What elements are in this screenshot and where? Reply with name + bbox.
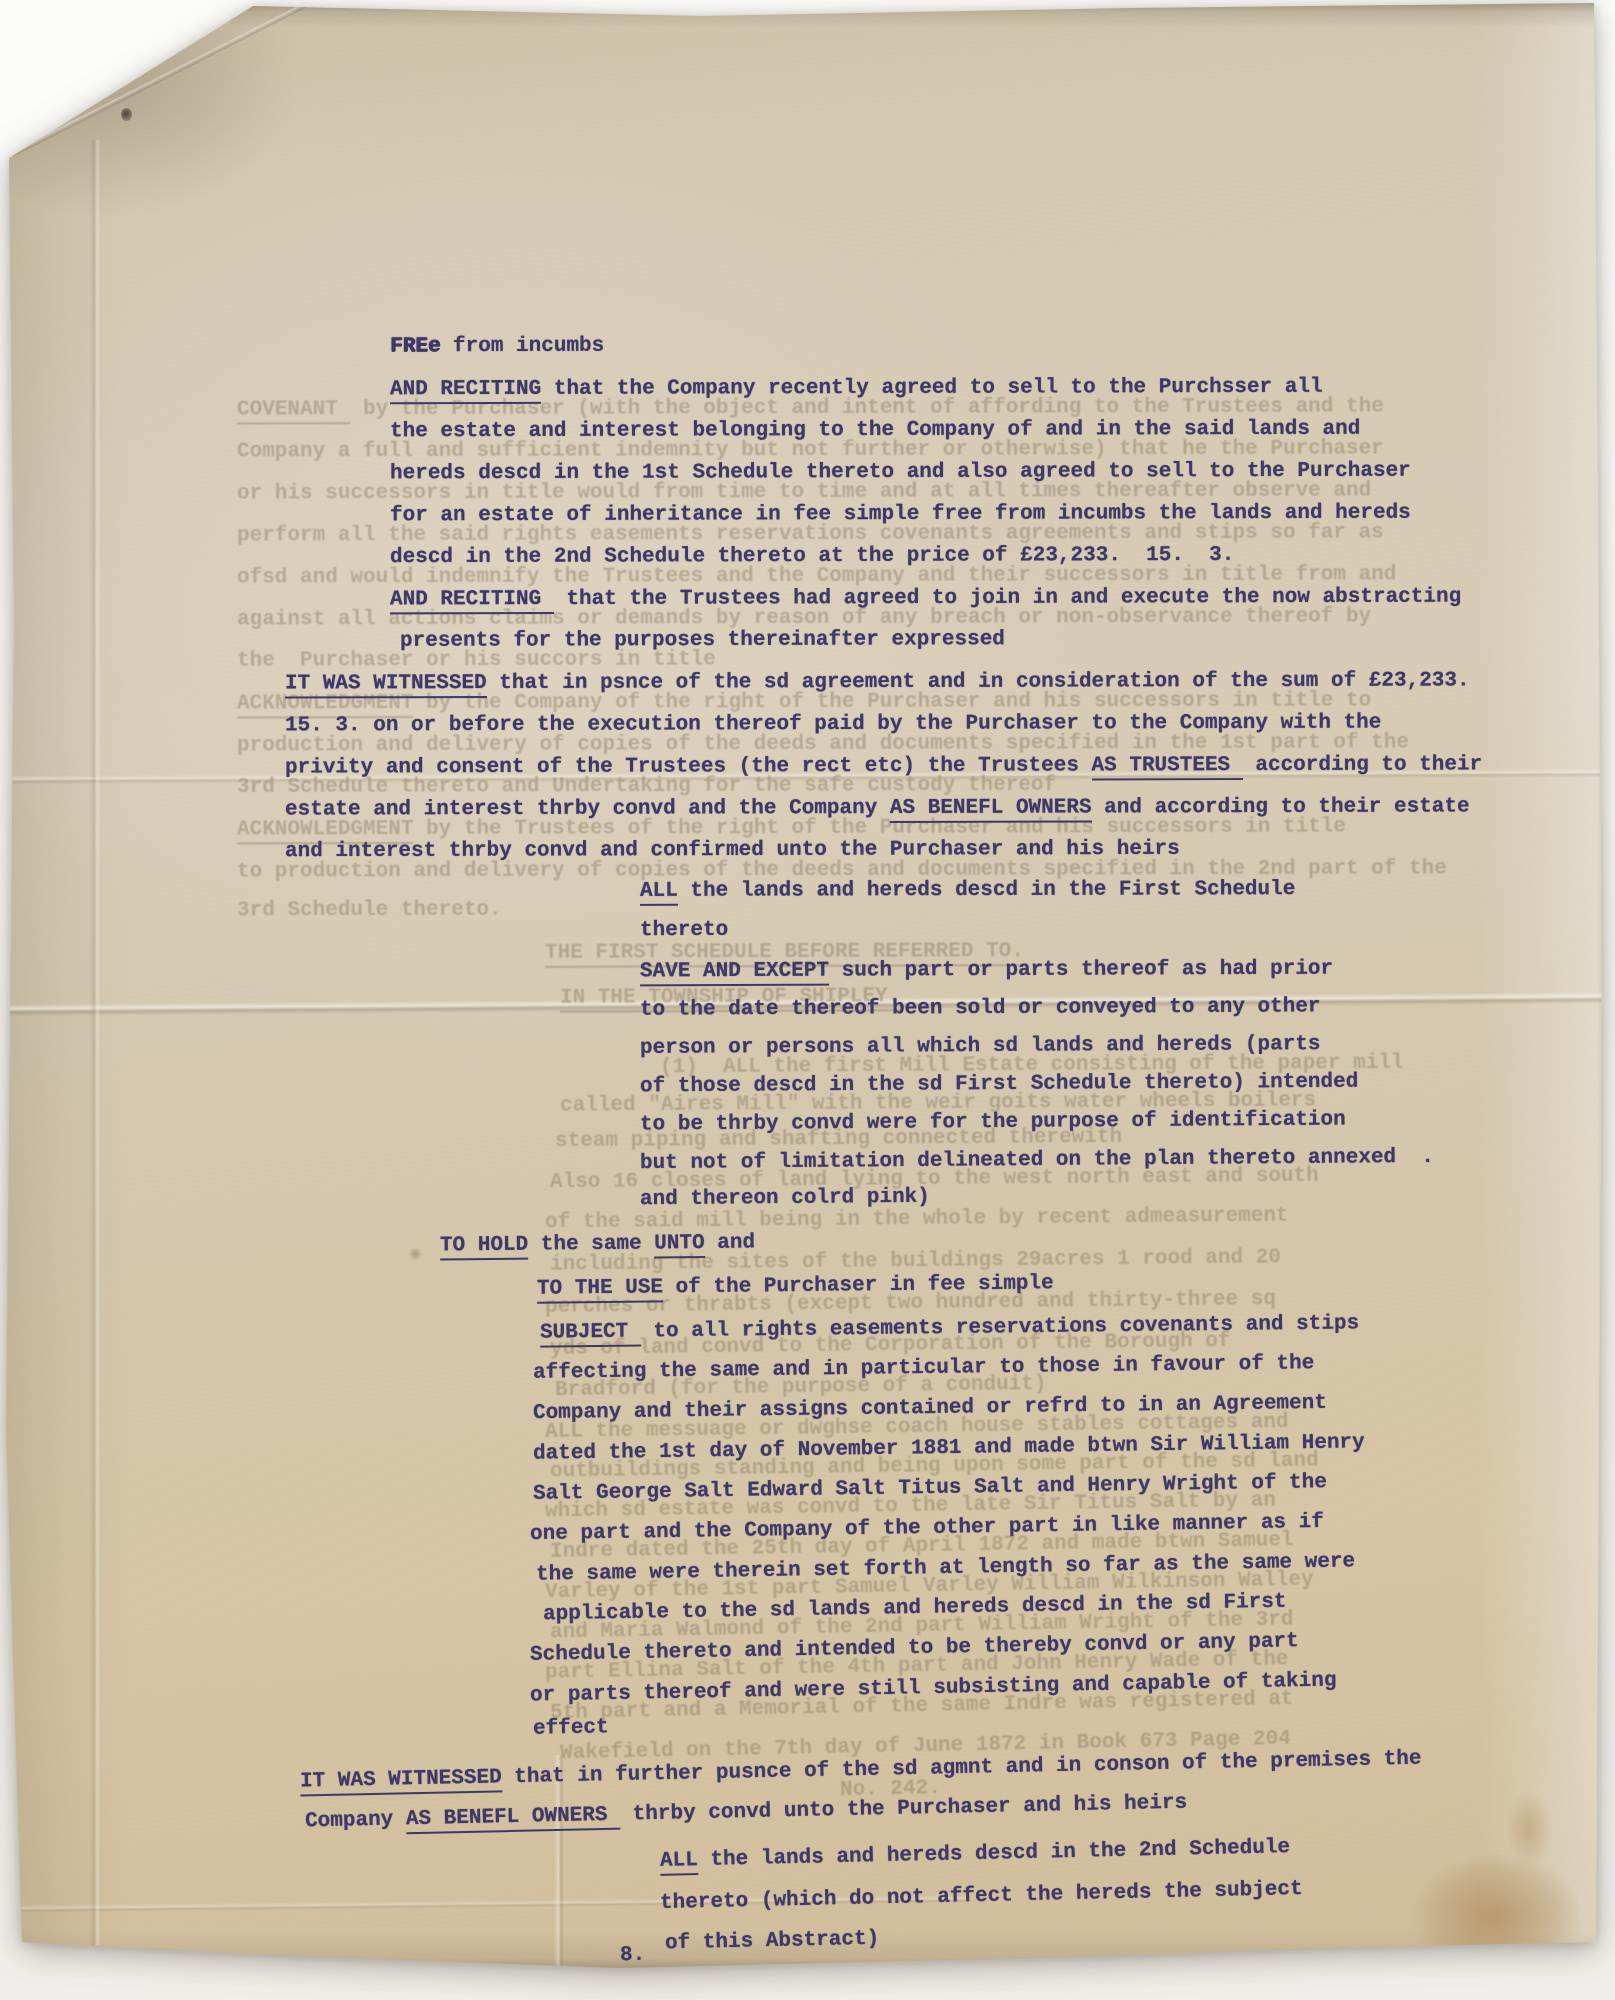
typed-line: of those descd in the sd First Schedule … xyxy=(640,1069,1358,1101)
typed-line: IT WAS WITNESSED that in psnce of the sd… xyxy=(285,667,1470,697)
text-segment: according to their xyxy=(1243,753,1483,777)
text-segment: that in psnce of the sd agreement and in… xyxy=(487,669,1470,695)
underlined-phrase: AND RECITING xyxy=(390,588,554,614)
typed-line: the same were therein set forth at lengt… xyxy=(536,1548,1355,1588)
text-segment: 15. 3. on or before the execution thereo… xyxy=(285,712,1381,738)
text-segment: the lands and hereds descd in the First … xyxy=(678,878,1296,903)
underlined-phrase: AS BENEFL OWNERS xyxy=(406,1804,621,1835)
page-number: 8. xyxy=(620,1942,646,1970)
underlined-phrase: IT WAS WITNESSED xyxy=(285,672,487,699)
text-segment: applicable to the sd lands and hereds de… xyxy=(543,1591,1287,1627)
text-segment: Company and their assigns contained or r… xyxy=(533,1392,1327,1425)
text-segment: thrby convd unto the Purchaser and his h… xyxy=(620,1792,1187,1827)
text-segment: Salt George Salt Edward Salt Titus Salt … xyxy=(533,1471,1327,1506)
typed-line: to be thrby convd were for the purpose o… xyxy=(640,1106,1346,1138)
underlined-phrase: SAVE AND EXCEPT xyxy=(640,960,829,987)
typed-line: applicable to the sd lands and hereds de… xyxy=(543,1589,1287,1629)
typed-line: of this Abstract) xyxy=(665,1926,880,1958)
text-segment: thereto xyxy=(640,919,728,942)
typed-line: to the date thereof been sold or conveye… xyxy=(640,993,1321,1023)
text-segment: that in further pusnce of the sd agmnt a… xyxy=(501,1748,1421,1790)
underlined-phrase: AS TRUSTEES xyxy=(1092,754,1243,780)
text-segment: of those descd in the sd First Schedule … xyxy=(640,1071,1358,1099)
typed-line: presents for the purposes thereinafter e… xyxy=(400,626,1005,655)
typed-line: but not of limitation delineated on the … xyxy=(640,1144,1434,1177)
typed-line: for an estate of inheritance in fee simp… xyxy=(390,500,1411,530)
text-segment: to all rights easements reservations cov… xyxy=(641,1312,1360,1343)
text-segment: that the Company recently agreed to sell… xyxy=(541,376,1322,401)
text-segment: the same were therein set forth at lengt… xyxy=(536,1550,1355,1586)
typed-line: effect xyxy=(533,1714,609,1742)
underlined-phrase: AS BENEFL OWNERS xyxy=(890,796,1092,823)
text-segment: and xyxy=(705,1231,756,1254)
typed-line: estate and interest thrby convd and the … xyxy=(285,793,1470,823)
photo-backdrop: COVENANT by the Purchaser (with the obje… xyxy=(0,0,1615,2000)
typed-line: privity and consent of the Trustees (the… xyxy=(285,751,1482,781)
text-segment: of this Abstract) xyxy=(665,1928,880,1956)
typed-line: TO HOLD the same UNTO and xyxy=(440,1229,755,1259)
typed-line: FREe from incumbs xyxy=(390,333,604,361)
text-segment: and thereon colrd pink) xyxy=(640,1186,930,1212)
text-segment: and according to their estate xyxy=(1092,795,1470,819)
typed-line: AND RECITING that the Trustees had agree… xyxy=(390,584,1461,614)
typed-text-layer: FREe from incumbsAND RECITING that the C… xyxy=(0,0,1615,2000)
paper-sheet: COVENANT by the Purchaser (with the obje… xyxy=(0,0,1615,2000)
typed-line: SUBJECT to all rights easements reservat… xyxy=(540,1310,1359,1346)
text-segment: . xyxy=(1396,1146,1434,1169)
text-segment: one part and the Company of the other pa… xyxy=(530,1511,1324,1546)
underlined-phrase: ALL xyxy=(660,1849,698,1876)
underlined-phrase: SUBJECT xyxy=(540,1321,641,1348)
text-segment: to the date thereof been sold or conveye… xyxy=(640,995,1321,1021)
text-segment: FREe xyxy=(390,335,440,358)
text-segment: effect xyxy=(533,1716,609,1740)
typed-line: dated the 1st day of November 1881 and m… xyxy=(533,1429,1365,1467)
text-segment: the estate and interest belonging to the… xyxy=(390,418,1360,444)
typed-line: and interest thrby convd and confirmed u… xyxy=(285,836,1180,865)
text-segment: affecting the same and in particular to … xyxy=(533,1352,1315,1385)
typed-line: IT WAS WITNESSED that in further pusnce … xyxy=(300,1746,1422,1796)
text-segment: Company xyxy=(305,1808,406,1833)
underlined-phrase: AND RECITING xyxy=(390,378,541,404)
typed-line: TO THE USE of the Purchaser in fee simpl… xyxy=(537,1270,1054,1302)
text-segment: the same xyxy=(528,1232,654,1256)
text-segment: hereds descd in the 1st Schedule thereto… xyxy=(390,460,1411,486)
typed-line: the estate and interest belonging to the… xyxy=(390,416,1360,446)
underlined-phrase: IT WAS WITNESSED xyxy=(300,1766,502,1796)
typed-line: and thereon colrd pink) xyxy=(640,1184,930,1214)
text-segment: presents for the purposes thereinafter e… xyxy=(400,628,1005,653)
text-segment: Schedule thereto and intended to be ther… xyxy=(530,1630,1299,1667)
typed-line: SAVE AND EXCEPT such part or parts there… xyxy=(640,956,1333,986)
typed-line: Salt George Salt Edward Salt Titus Salt … xyxy=(533,1469,1327,1508)
text-segment: for an estate of inheritance in fee simp… xyxy=(390,502,1411,528)
text-segment: to be thrby convd were for the purpose o… xyxy=(640,1108,1346,1136)
text-segment: privity and consent of the Trustees (the… xyxy=(285,754,1092,779)
typed-line: ALL the lands and hereds descd in the 2n… xyxy=(660,1834,1291,1875)
text-segment: of the Purchaser in fee simple xyxy=(663,1272,1054,1299)
underlined-phrase: TO THE USE xyxy=(537,1276,663,1303)
text-segment: estate and interest thrby convd and the … xyxy=(285,797,890,822)
typed-line: person or persons all which sd lands and… xyxy=(640,1031,1321,1062)
typed-line: Company AS BENEFL OWNERS thrby convd unt… xyxy=(305,1790,1188,1836)
typed-line: hereds descd in the 1st Schedule thereto… xyxy=(390,458,1411,488)
text-segment: but not of limitation delineated on the … xyxy=(640,1146,1396,1175)
underlined-phrase: TO HOLD xyxy=(440,1234,528,1261)
typed-line: descd in the 2nd Schedule thereto at the… xyxy=(390,542,1234,571)
typed-line: Company and their assigns contained or r… xyxy=(533,1390,1327,1427)
typed-line: one part and the Company of the other pa… xyxy=(530,1509,1324,1548)
text-segment: or parts thereof and were still subsisti… xyxy=(530,1669,1337,1707)
underlined-phrase: UNTO xyxy=(654,1232,705,1258)
text-segment: person or persons all which sd lands and… xyxy=(640,1033,1321,1060)
text-segment: descd in the 2nd Schedule thereto at the… xyxy=(390,544,1234,569)
text-segment: thereto (which do not affect the hereds … xyxy=(660,1878,1303,1915)
typed-line: or parts thereof and were still subsisti… xyxy=(530,1667,1337,1709)
typed-line: ALL the lands and hereds descd in the Fi… xyxy=(640,876,1295,905)
text-segment: and interest thrby convd and confirmed u… xyxy=(285,838,1180,863)
paper: COVENANT by the Purchaser (with the obje… xyxy=(0,0,1615,2000)
text-segment: such part or parts thereof as had prior xyxy=(829,958,1333,983)
text-segment: the lands and hereds descd in the 2nd Sc… xyxy=(698,1836,1291,1872)
typed-line: AND RECITING that the Company recently a… xyxy=(390,374,1323,403)
text-segment: from incumbs xyxy=(440,335,604,358)
typed-line: thereto (which do not affect the hereds … xyxy=(660,1876,1303,1917)
typed-line: 15. 3. on or before the execution thereo… xyxy=(285,710,1381,740)
typed-line: thereto xyxy=(640,917,728,944)
text-segment: that the Trustees had agreed to join in … xyxy=(554,586,1461,611)
typed-line: Schedule thereto and intended to be ther… xyxy=(530,1628,1299,1669)
typed-line: affecting the same and in particular to … xyxy=(533,1350,1315,1387)
text-segment: dated the 1st day of November 1881 and m… xyxy=(533,1431,1365,1465)
text-segment: 8. xyxy=(620,1944,646,1968)
underlined-phrase: ALL xyxy=(640,880,678,906)
